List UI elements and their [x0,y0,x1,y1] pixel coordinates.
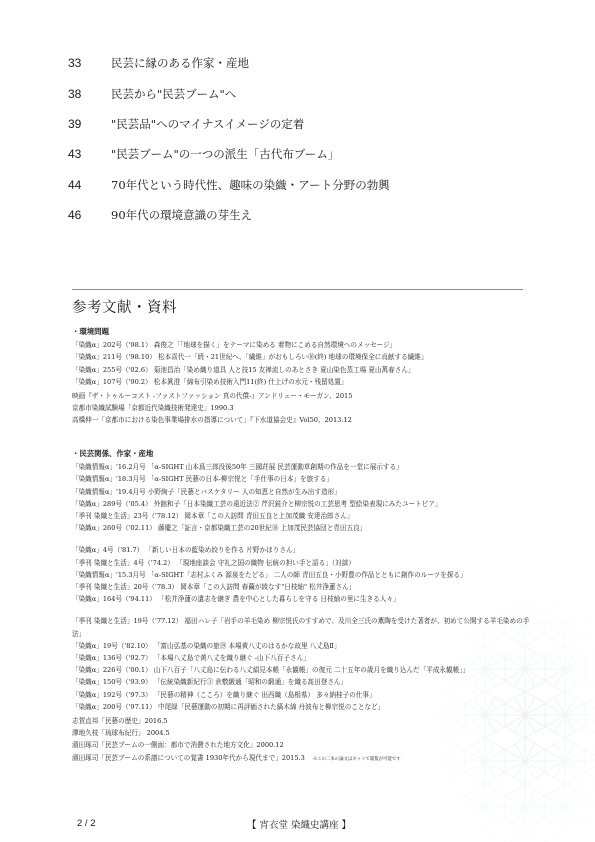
reference-entry: 「季刊 染織と生活」19号（'77.12） 福田ハレ子「岩手の羊毛染め 柳宗悦氏… [72,615,532,639]
toc-title: "民芸品"へのマイナスイメージの定着 [111,116,528,132]
page-number: 2 / 2 [77,818,96,829]
reference-entry: 「染織情報α」'18.3月号 「α-SIGHT 民藝の日本-柳宗悦と「手仕事の日… [72,473,532,485]
reference-entry: 志賀直邦「民藝の歴史」2016.5 [72,715,532,727]
toc-page-number: 33 [68,56,111,70]
reference-entry: 映画『ザ・トゥルーコスト -ファストファッション 真の代償-』アンドリュー・モー… [72,390,532,402]
section-heading: ・環境問題 [72,326,532,338]
toc-title: 民芸に縁のある作家・産地 [111,55,528,71]
reference-entry: 「染織α」211号（'98.10） 松本喜代一「続・21世紀へ、「繊維」がおもし… [72,351,532,363]
reference-entry: 「染織情報α」'15.3月号 「α-SIGHT「志村ふくみ 源泉をたどる」 二人… [72,569,532,581]
reference-entry: 「季刊 染織と生活」4号（'74.2） 「現地座談会 守礼之国の織物 伝統の担い… [72,557,532,569]
section-heading: ・民芸関係、作家・産地 [72,448,532,460]
reference-entry: 「染織α」200号（'97.11） 中尾緑「民藝運動の初期に再評価された縞木綿 … [72,701,532,713]
reference-text: 濱田琢司「民芸ブームの系譜についての覚書 1930年代から現代まで」2015.3 [72,754,305,762]
reference-entry: 「染織α」202号（'98.1） 森俊之「「地球を描く」をテーマに染める 着物に… [72,339,532,351]
reference-entry: 「染織α」260号（'02.11） 藤慶之「証言・京都染織工芸の20世紀⑱ 上加… [72,522,532,534]
reference-entry: 「季刊 染織と生活」20号（'78.3） 岡本章「この人訪問 春繭が綾なす"日枝… [72,581,532,593]
toc-row: 39"民芸品"へのマイナスイメージの定着 [68,109,528,139]
toc-page-number: 46 [68,208,111,222]
references-environment: ・環境問題 「染織α」202号（'98.1） 森俊之「「地球を描く」をテーマに染… [72,326,532,427]
toc-title: 民芸から"民芸ブーム"へ [111,86,528,102]
table-of-contents: 33民芸に縁のある作家・産地 38民芸から"民芸ブーム"へ 39"民芸品"へのマ… [68,48,528,230]
reference-entry: 濱田琢司「民芸ブームの一側面：都市で消費された地方文化」2000.12 [72,739,532,751]
reference-entry: 「染織α」19号（'82.10） 「富山弘基の染織の旅⑲ 本場黄八丈のはるかな故… [72,640,532,652]
references-mingei: ・民芸関係、作家・産地 「染織情報α」'16.2月号 「α-SIGHT 山本爲三… [72,448,532,766]
toc-title: 90年代の環境意識の芽生え [111,207,528,223]
reference-entry: 「染織α」289号（'05.4） 外舘和子「日本染織工芸の遠近法② 芹沢銈介と柳… [72,498,532,510]
reference-entry: 「染織α」164号（'94.11） 「松井浄蓮の遺志を継ぎ 農を中心とした暮らし… [72,593,532,605]
reference-entry: 高橋伸一「京都市における染色事業場排水の指導について」『下水道協会史』Vol50… [72,414,532,426]
reference-entry: 「染織α」226号（'00.1） 山下八百子「八丈島に伝わる八丈絹見本帳「永観帳… [72,664,532,676]
reference-note: ※この二本の論文はネットで閲覧が可能です [313,757,401,762]
toc-page-number: 39 [68,117,111,131]
toc-row: 4470年代という時代性、趣味の染織・アート分野の勃興 [68,170,528,200]
toc-row: 43"民芸ブーム"の一つの派生「古代布ブーム」 [68,139,528,169]
reference-entry: 「染織α」192号（'97.3） 「民藝の精神（こころ）を織り継ぐ 出西織（島根… [72,689,532,701]
reference-entry: 「染織α」4号（'81.7） 「新しい日本の藍染め絞りを作る 片野かほりさん」 [72,544,532,556]
toc-title: 70年代という時代性、趣味の染織・アート分野の勃興 [111,177,528,193]
toc-title: "民芸ブーム"の一つの派生「古代布ブーム」 [111,146,528,162]
reference-entry: 「染織α」136号（'92.7） 「本場八丈島で黄八丈を織り継ぐ -山下八百子さ… [72,652,532,664]
toc-row: 4690年代の環境意識の芽生え [68,200,528,230]
toc-page-number: 43 [68,147,111,161]
reference-entry: 京都市染織試験場「京都近代染織技術発達史」1990.3 [72,402,532,414]
reference-entry: 「季刊 染織と生活」23号（'78.12） 岡本章「この人訪問 青田五良と上加茂… [72,510,532,522]
toc-row: 33民芸に縁のある作家・産地 [68,48,528,78]
toc-page-number: 44 [68,178,111,192]
section-divider [72,289,523,290]
reference-entry: 澤地久枝「琉球布紀行」 2004.5 [72,727,532,739]
reference-entry: 「染織情報α」'19.4月号 小野絢子「民藝とバスケタリー 人の知恵と自然が生み… [72,486,532,498]
reference-entry: 「染織α」107号（'90.2） 松本眞澄「綿布引染め技術入門11(終) 仕上げ… [72,376,532,388]
toc-page-number: 38 [68,87,111,101]
references-heading: 参考文献・資料 [72,296,177,317]
reference-entry: 「染織情報α」'16.2月号 「α-SIGHT 山本爲三郎没後50年 三國荘展 … [72,461,532,473]
reference-entry: 濱田琢司「民芸ブームの系譜についての覚書 1930年代から現代まで」2015.3… [72,752,532,766]
footer-brand: 【 宵衣堂 染織史講座 】 [247,817,351,831]
reference-entry: 「染織α」150号（'93.9） 「伝統染織新紀行③ 倉敷緞通「昭和の緞通」を織… [72,676,532,688]
reference-entry: 「染織α」255号（'02.6） 菊池昌治「染め織り道具 人と技15 友禅流しの… [72,364,532,376]
toc-row: 38民芸から"民芸ブーム"へ [68,78,528,108]
